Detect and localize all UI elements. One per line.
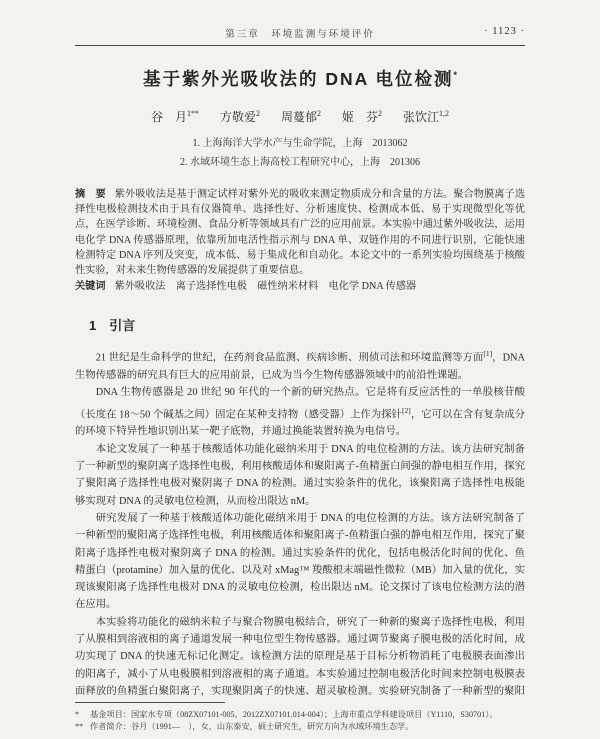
author-2-name: 方敬爱	[220, 110, 256, 124]
keywords-block: 关键词紫外吸收法 离子选择性电极 磁性纳米材料 电化学 DNA 传感器	[75, 279, 525, 294]
author-4: 姬 芬2	[342, 110, 382, 124]
author-2: 方敬爱2	[220, 110, 260, 124]
author-1-name: 谷 月	[151, 110, 187, 124]
affiliation-list: 1. 上海海洋大学水产与生命学院，上海 2013062 2. 水域环境生态上海高…	[75, 134, 525, 172]
footnote-block: * 基金项目：国家水专项（08ZX07101-005，2012ZX07101.0…	[75, 699, 525, 734]
citation-ref-2: [2]	[402, 406, 411, 415]
author-5: 张饮江1,2	[403, 110, 449, 124]
footnote-funding: * 基金项目：国家水专项（08ZX07101-005，2012ZX07101.0…	[75, 709, 525, 722]
header-rule	[75, 45, 525, 46]
footnote-funding-marker: *	[75, 709, 90, 722]
section-1-number: 1	[89, 318, 96, 333]
footnote-rule	[75, 702, 225, 703]
keywords-text: 紫外吸收法 离子选择性电极 磁性纳米材料 电化学 DNA 传感器	[115, 281, 417, 292]
title-footnote-mark: *	[453, 70, 457, 80]
footnote-author-bio-marker: **	[75, 721, 90, 734]
paragraph-3: 本论文发展了一种基于核酸适体功能化磁纳米用于 DNA 的电位检测的方法。该方法研…	[75, 441, 525, 510]
paragraph-4: 研究发展了一种基于核酸适体功能化磁纳米用于 DNA 的电位检测的方法。该方法研究…	[75, 510, 525, 614]
abstract-block: 摘 要紫外吸收法是基于测定试样对紫外光的吸收来测定物质成分和含量的方法。聚合物膜…	[75, 187, 525, 278]
page-header: 第三章 环境监测与环境评价 · 1123 ·	[75, 26, 525, 39]
footnote-author-bio: ** 作者简介：谷月（1991— ），女，山东泰安，硕士研究生，研究方向为水域环…	[75, 721, 525, 734]
author-line: 谷 月1** 方敬爱2 周蔓郁2 姬 芬2 张饮江1,2	[75, 108, 525, 125]
abstract-text: 紫外吸收法是基于测定试样对紫外光的吸收来测定物质成分和含量的方法。聚合物膜离子选…	[75, 189, 525, 276]
paragraph-1-text: 21 世纪是生命科学的世纪，在药剂食品监测、疾病诊断、刑侦司法和环境监测等方面	[96, 353, 484, 364]
page-number: · 1123 ·	[484, 26, 525, 37]
section-1-title: 引言	[109, 318, 135, 333]
citation-ref-1: [1]	[483, 349, 492, 358]
author-3-affil-mark: 2	[317, 109, 321, 118]
author-1: 谷 月1**	[151, 110, 199, 124]
paragraph-2: DNA 生物传感器是 20 世纪 90 年代的一个新的研究热点。它是将有反应活性…	[75, 384, 525, 440]
author-2-affil-mark: 2	[256, 109, 260, 118]
keywords-label: 关键词	[75, 281, 106, 292]
author-3: 周蔓郁2	[281, 110, 321, 124]
affiliation-1: 1. 上海海洋大学水产与生命学院，上海 2013062	[75, 134, 525, 153]
author-5-affil-mark: 1,2	[439, 109, 449, 118]
author-1-affil-mark: 1**	[187, 109, 199, 118]
author-4-name: 姬 芬	[342, 110, 378, 124]
running-head: 第三章 环境监测与环境评价	[75, 26, 525, 40]
section-1-heading: 1引言	[89, 315, 525, 334]
paragraph-1: 21 世纪是生命科学的世纪，在药剂食品监测、疾病诊断、刑侦司法和环境监测等方面[…	[75, 345, 525, 384]
footnote-author-bio-text: 作者简介：谷月（1991— ），女，山东泰安，硕士研究生，研究方向为水域环境生态…	[90, 721, 525, 734]
abstract-label: 摘 要	[75, 189, 106, 200]
article-title: 基于紫外光吸收法的 DNA 电位检测*	[75, 66, 525, 91]
author-4-affil-mark: 2	[378, 109, 382, 118]
affiliation-2: 2. 水域环境生态上海高校工程研究中心，上海 201306	[75, 153, 525, 172]
author-5-name: 张饮江	[403, 110, 439, 124]
article-title-text: 基于紫外光吸收法的 DNA 电位检测	[143, 69, 454, 89]
author-3-name: 周蔓郁	[281, 110, 317, 124]
footnote-funding-text: 基金项目：国家水专项（08ZX07101-005，2012ZX07101.014…	[90, 709, 525, 722]
scanned-paper-page: 第三章 环境监测与环境评价 · 1123 · 基于紫外光吸收法的 DNA 电位检…	[0, 0, 600, 739]
